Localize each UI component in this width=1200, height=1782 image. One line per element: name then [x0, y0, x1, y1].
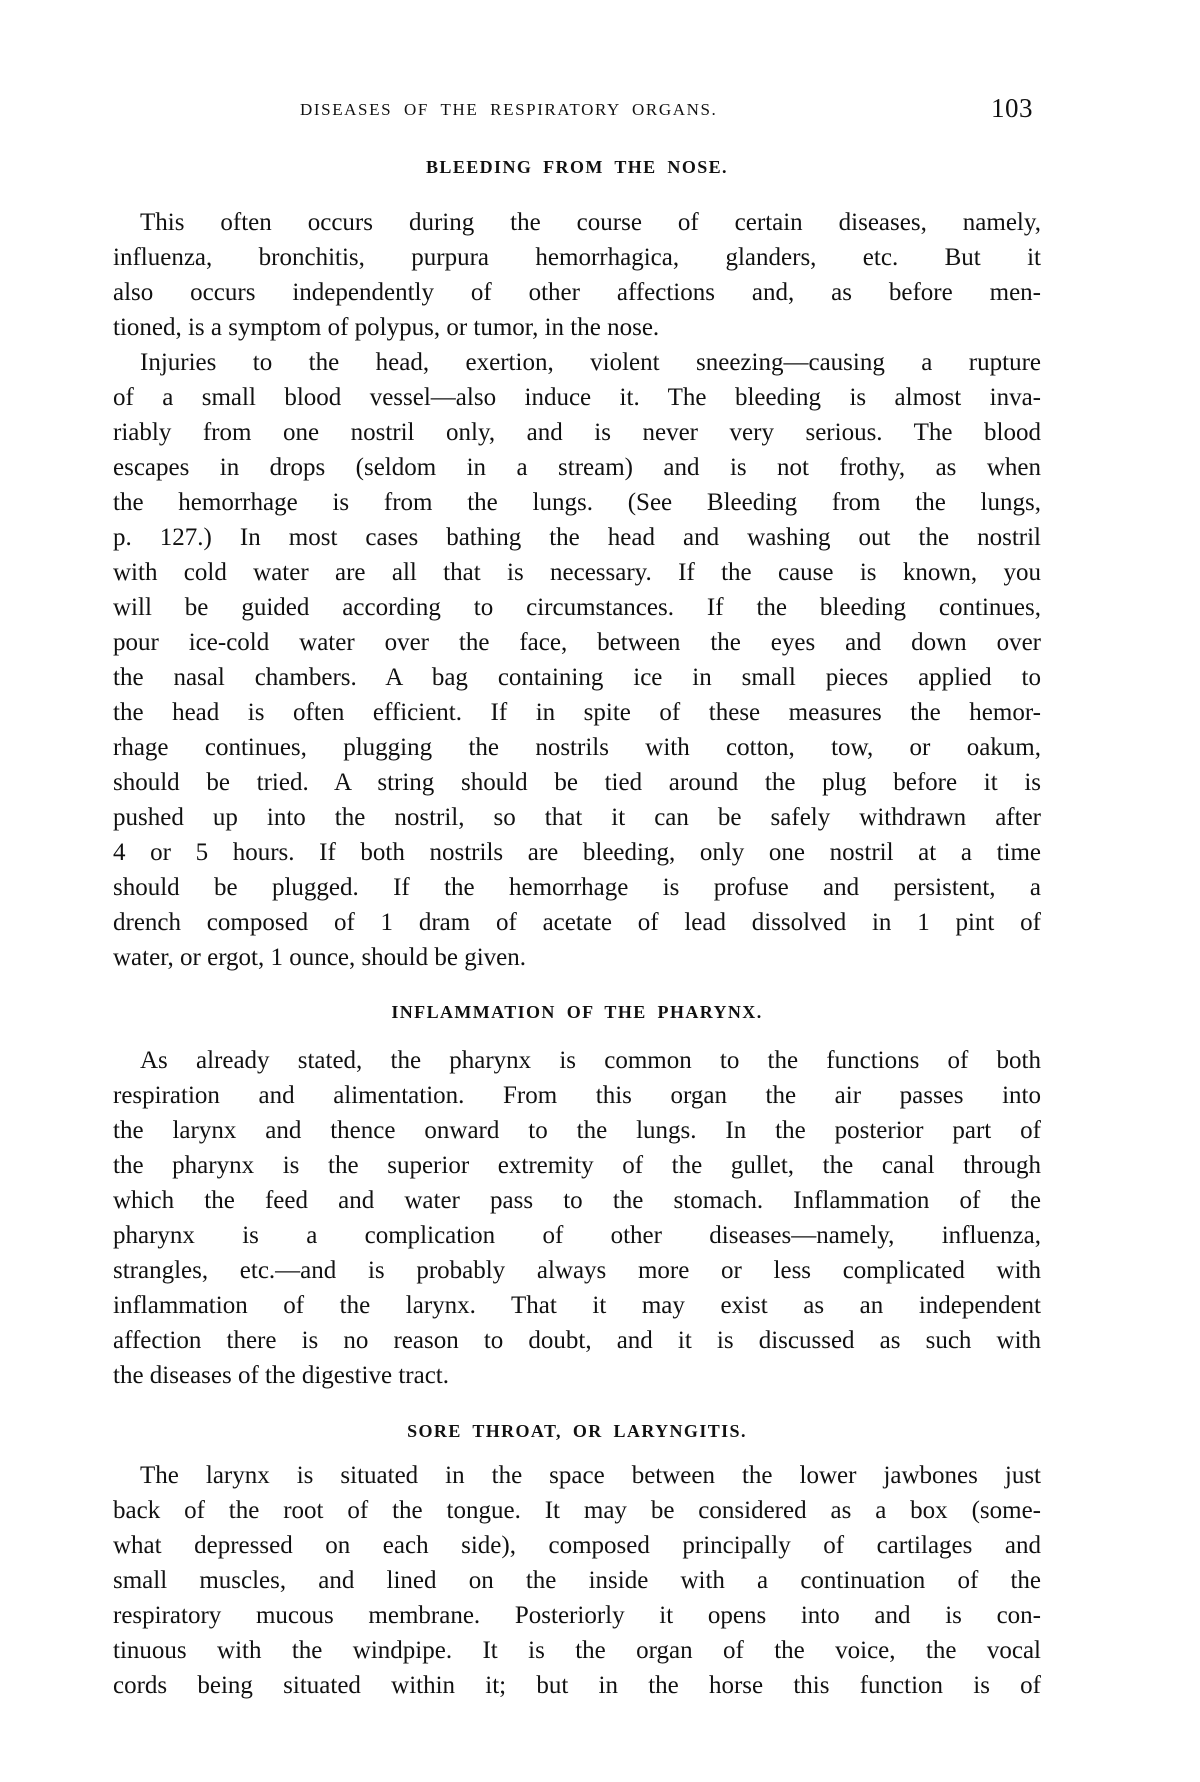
text-line: As already stated, the pharynx is common…: [140, 1043, 1041, 1078]
text-line: influenza, bronchitis, purpura hemorrhag…: [113, 240, 1041, 275]
text-line: Injuries to the head, exertion, violent …: [140, 345, 1041, 380]
text-line: respiration and alimentation. From this …: [113, 1078, 1041, 1113]
text-line: the larynx and thence onward to the lung…: [113, 1113, 1041, 1148]
section-heading-bleeding-from-the-nose: BLEEDING FROM THE NOSE.: [113, 157, 1041, 178]
text-line: 4 or 5 hours. If both nostrils are bleed…: [113, 835, 1041, 870]
text-line: riably from one nostril only, and is nev…: [113, 415, 1041, 450]
text-line: This often occurs during the course of c…: [140, 205, 1041, 240]
text-line: of a small blood vessel—also induce it. …: [113, 380, 1041, 415]
section-heading-sore-throat-or-laryngitis: SORE THROAT, OR LARYNGITIS.: [113, 1421, 1041, 1442]
text-line: back of the root of the tongue. It may b…: [113, 1493, 1041, 1528]
text-line: tioned, is a symptom of polypus, or tumo…: [113, 310, 1041, 345]
text-line: rhage continues, plugging the nostrils w…: [113, 730, 1041, 765]
text-line: affection there is no reason to doubt, a…: [113, 1323, 1041, 1358]
text-line: pour ice-cold water over the face, betwe…: [113, 625, 1041, 660]
text-line: the diseases of the digestive tract.: [113, 1358, 1041, 1393]
text-line: also occurs independently of other affec…: [113, 275, 1041, 310]
text-line: water, or ergot, 1 ounce, should be give…: [113, 940, 1041, 975]
text-line: pushed up into the nostril, so that it c…: [113, 800, 1041, 835]
text-line: the head is often efficient. If in spite…: [113, 695, 1041, 730]
text-line: inflammation of the larynx. That it may …: [113, 1288, 1041, 1323]
text-line: should be plugged. If the hemorrhage is …: [113, 870, 1041, 905]
text-line: escapes in drops (seldom in a stream) an…: [113, 450, 1041, 485]
text-line: cords being situated within it; but in t…: [113, 1668, 1041, 1703]
text-line: the nasal chambers. A bag containing ice…: [113, 660, 1041, 695]
text-line: respiratory mucous membrane. Posteriorly…: [113, 1598, 1041, 1633]
section-heading-inflammation-of-the-pharynx: INFLAMMATION OF THE PHARYNX.: [113, 1002, 1041, 1023]
text-line: drench composed of 1 dram of acetate of …: [113, 905, 1041, 940]
text-line: with cold water are all that is necessar…: [113, 555, 1041, 590]
text-line: p. 127.) In most cases bathing the head …: [113, 520, 1041, 555]
text-line: pharynx is a complication of other disea…: [113, 1218, 1041, 1253]
text-line: The larynx is situated in the space betw…: [140, 1458, 1041, 1493]
text-line: tinuous with the windpipe. It is the org…: [113, 1633, 1041, 1668]
text-line: which the feed and water pass to the sto…: [113, 1183, 1041, 1218]
book-page: DISEASES OF THE RESPIRATORY ORGANS. 103 …: [0, 0, 1200, 1782]
text-line: strangles, etc.—and is probably always m…: [113, 1253, 1041, 1288]
text-line: what depressed on each side), composed p…: [113, 1528, 1041, 1563]
page-number: 103: [991, 93, 1033, 124]
running-head: DISEASES OF THE RESPIRATORY ORGANS.: [300, 100, 717, 120]
text-line: should be tried. A string should be tied…: [113, 765, 1041, 800]
text-line: small muscles, and lined on the inside w…: [113, 1563, 1041, 1598]
text-line: the hemorrhage is from the lungs. (See B…: [113, 485, 1041, 520]
text-line: the pharynx is the superior extremity of…: [113, 1148, 1041, 1183]
text-line: will be guided according to circumstance…: [113, 590, 1041, 625]
